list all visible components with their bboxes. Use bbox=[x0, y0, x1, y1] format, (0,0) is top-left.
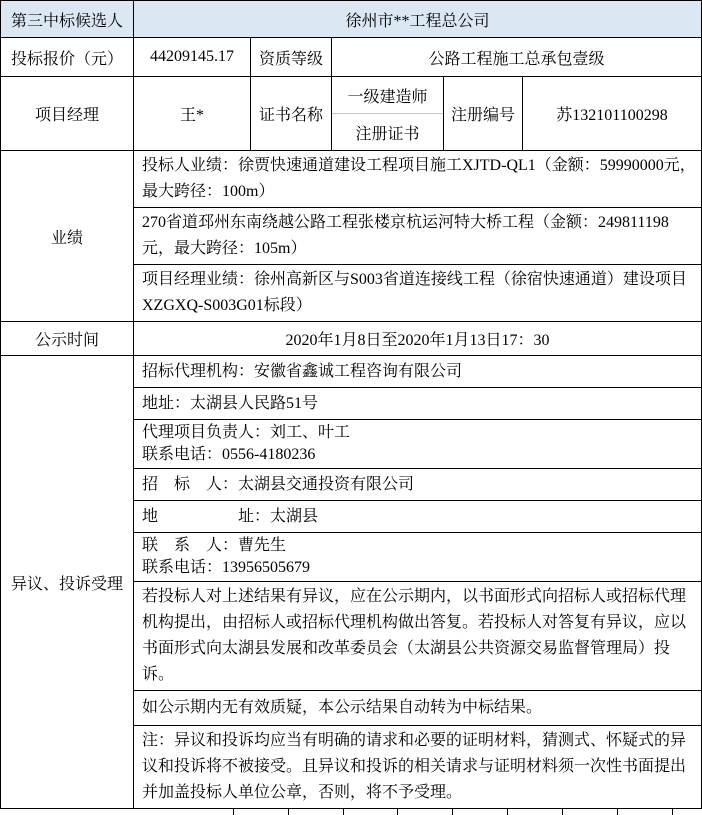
cert-kind: 注册证书 bbox=[332, 114, 443, 150]
performance-item: 投标人业绩：徐贾快速通道建设工程项目施工XJTD-QL1（金额：59990000… bbox=[134, 151, 702, 208]
performance-item: 270省道邳州东南绕越公路工程张楼京杭运河特大桥工程（金额：249811198元… bbox=[134, 208, 702, 265]
objection-procedure-text: 若投标人对上述结果有异议，应在公示期内，以书面形式向招标人或招标代理机构提出，由… bbox=[134, 582, 702, 691]
bid-price-row: 投标报价（元） 44209145.17 资质等级 公路工程施工总承包壹级 bbox=[1, 38, 702, 77]
performance-label: 业绩 bbox=[1, 151, 134, 322]
cert-type: 一级建造师 bbox=[332, 77, 443, 114]
qualification-label: 资质等级 bbox=[251, 38, 332, 77]
publicity-time-value: 2020年1月8日至2020年1月13日17：30 bbox=[134, 322, 702, 356]
qualification-value: 公路工程施工总承包壹级 bbox=[332, 38, 702, 77]
agency-name: 招标代理机构：安徽省鑫诚工程咨询有限公司 bbox=[134, 356, 702, 388]
objection-row-agency: 异议、投诉受理 招标代理机构：安徽省鑫诚工程咨询有限公司 bbox=[1, 356, 702, 388]
bid-result-announcement: 第三中标候选人 徐州市**工程总公司 投标报价（元） 44209145.17 资… bbox=[0, 0, 702, 815]
candidate-company-name: 徐州市**工程总公司 bbox=[134, 1, 702, 38]
tenderer-contact-phone: 联系电话：13956505679 bbox=[142, 557, 697, 579]
performance-item: 项目经理业绩：徐州高新区与S003省道连接线工程（徐宿快速通道）建设项目XZGX… bbox=[134, 265, 702, 322]
candidate-label: 第三中标候选人 bbox=[1, 1, 134, 38]
cert-name-cell: 一级建造师 注册证书 bbox=[332, 77, 444, 151]
project-manager-row: 项目经理 王* 证书名称 一级建造师 注册证书 注册编号 苏1321011002… bbox=[1, 77, 702, 151]
reg-number-value: 苏132101100298 bbox=[523, 77, 702, 151]
bid-price-label: 投标报价（元） bbox=[1, 38, 134, 77]
auto-result-text: 如公示期内无有效质疑，本公示结果自动转为中标结果。 bbox=[134, 691, 702, 726]
bid-announcement-table: 第三中标候选人 徐州市**工程总公司 投标报价（元） 44209145.17 资… bbox=[0, 0, 702, 809]
candidate-row: 第三中标候选人 徐州市**工程总公司 bbox=[1, 1, 702, 38]
agency-address: 地址：太湖县人民路51号 bbox=[134, 388, 702, 420]
tenderer-contact-cell: 联 系 人：曹先生 联系电话：13956505679 bbox=[134, 533, 702, 582]
cert-name-label: 证书名称 bbox=[251, 77, 332, 151]
manager-name: 王* bbox=[134, 77, 251, 151]
agency-contact-person: 代理项目负责人：刘工、叶工 bbox=[142, 422, 697, 444]
publicity-time-row: 公示时间 2020年1月8日至2020年1月13日17：30 bbox=[1, 322, 702, 356]
note-text: 注：异议和投诉均应当有明确的请求和必要的证明材料，猜测式、怀疑式的异议和投诉将不… bbox=[134, 726, 702, 809]
agency-contact-cell: 代理项目负责人：刘工、叶工 联系电话：0556-4180236 bbox=[134, 420, 702, 469]
objection-label: 异议、投诉受理 bbox=[1, 356, 134, 809]
tenderer-name: 招 标 人：太湖县交通投资有限公司 bbox=[134, 469, 702, 501]
bottom-ticks bbox=[0, 809, 702, 815]
publicity-time-label: 公示时间 bbox=[1, 322, 134, 356]
reg-number-label: 注册编号 bbox=[444, 77, 523, 151]
bid-price-value: 44209145.17 bbox=[134, 38, 251, 77]
manager-label: 项目经理 bbox=[1, 77, 134, 151]
tenderer-address: 地 址：太湖县 bbox=[134, 501, 702, 533]
performance-row-1: 业绩 投标人业绩：徐贾快速通道建设工程项目施工XJTD-QL1（金额：59990… bbox=[1, 151, 702, 208]
agency-contact-phone: 联系电话：0556-4180236 bbox=[142, 444, 697, 466]
tenderer-contact-person: 联 系 人：曹先生 bbox=[142, 535, 697, 557]
